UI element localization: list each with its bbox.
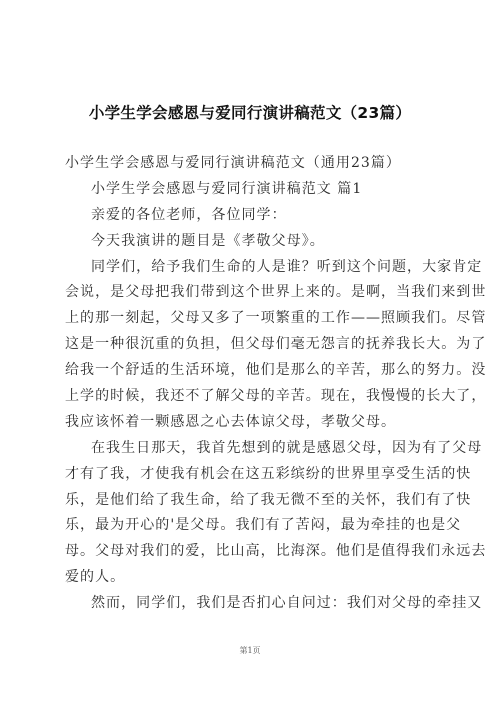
text-line: 母。父母对我们的爱，比山高，比海深。他们是值得我们永远去 (65, 540, 445, 566)
text-line: 今天我演讲的题目是《孝敬父母》。 (65, 230, 445, 256)
text-line: 上的那一刻起，父母又多了一项繁重的工作——照顾我们。尽管 (65, 307, 445, 333)
text-line: 这是一种很沉重的负担，但父母们毫无怨言的抚养我长大。为了 (65, 333, 445, 359)
text-line: 上学的时候，我还不了解父母的辛苦。现在，我慢慢的长大了， (65, 385, 445, 411)
text-line: 爱的人。 (65, 566, 445, 592)
text-line: 小学生学会感恩与爱同行演讲稿范文 篇1 (65, 178, 445, 204)
text-line: 我应该怀着一颗感恩之心去体谅父母，孝敬父母。 (65, 411, 445, 437)
document-body: 小学生学会感恩与爱同行演讲稿范文（通用23篇）小学生学会感恩与爱同行演讲稿范文 … (65, 152, 445, 618)
page-number: 第1页 (0, 645, 500, 656)
text-line: 乐，是他们给了我生命，给了我无微不至的关怀，我们有了快 (65, 489, 445, 515)
text-line: 亲爱的各位老师，各位同学： (65, 204, 445, 230)
text-line: 然而，同学们，我们是否扪心自问过：我们对父母的牵挂又 (65, 592, 445, 618)
document-title: 小学生学会感恩与爱同行演讲稿范文（23篇） (0, 101, 500, 123)
text-line: 乐，最为开心的'是父母。我们有了苦闷，最为牵挂的也是父 (65, 514, 445, 540)
text-line: 才有了我，才使我有机会在这五彩缤纷的世界里享受生活的快 (65, 463, 445, 489)
text-line: 在我生日那天，我首先想到的就是感恩父母，因为有了父母 (65, 437, 445, 463)
document-page: 小学生学会感恩与爱同行演讲稿范文（23篇） 小学生学会感恩与爱同行演讲稿范文（通… (0, 0, 500, 707)
text-line: 同学们，给予我们生命的人是谁？听到这个问题，大家肯定 (65, 256, 445, 282)
text-line: 给我一个舒适的生活环境，他们是那么的辛苦，那么的努力。没 (65, 359, 445, 385)
text-line: 小学生学会感恩与爱同行演讲稿范文（通用23篇） (65, 152, 445, 178)
text-line: 会说，是父母把我们带到这个世界上来的。是啊，当我们来到世 (65, 281, 445, 307)
